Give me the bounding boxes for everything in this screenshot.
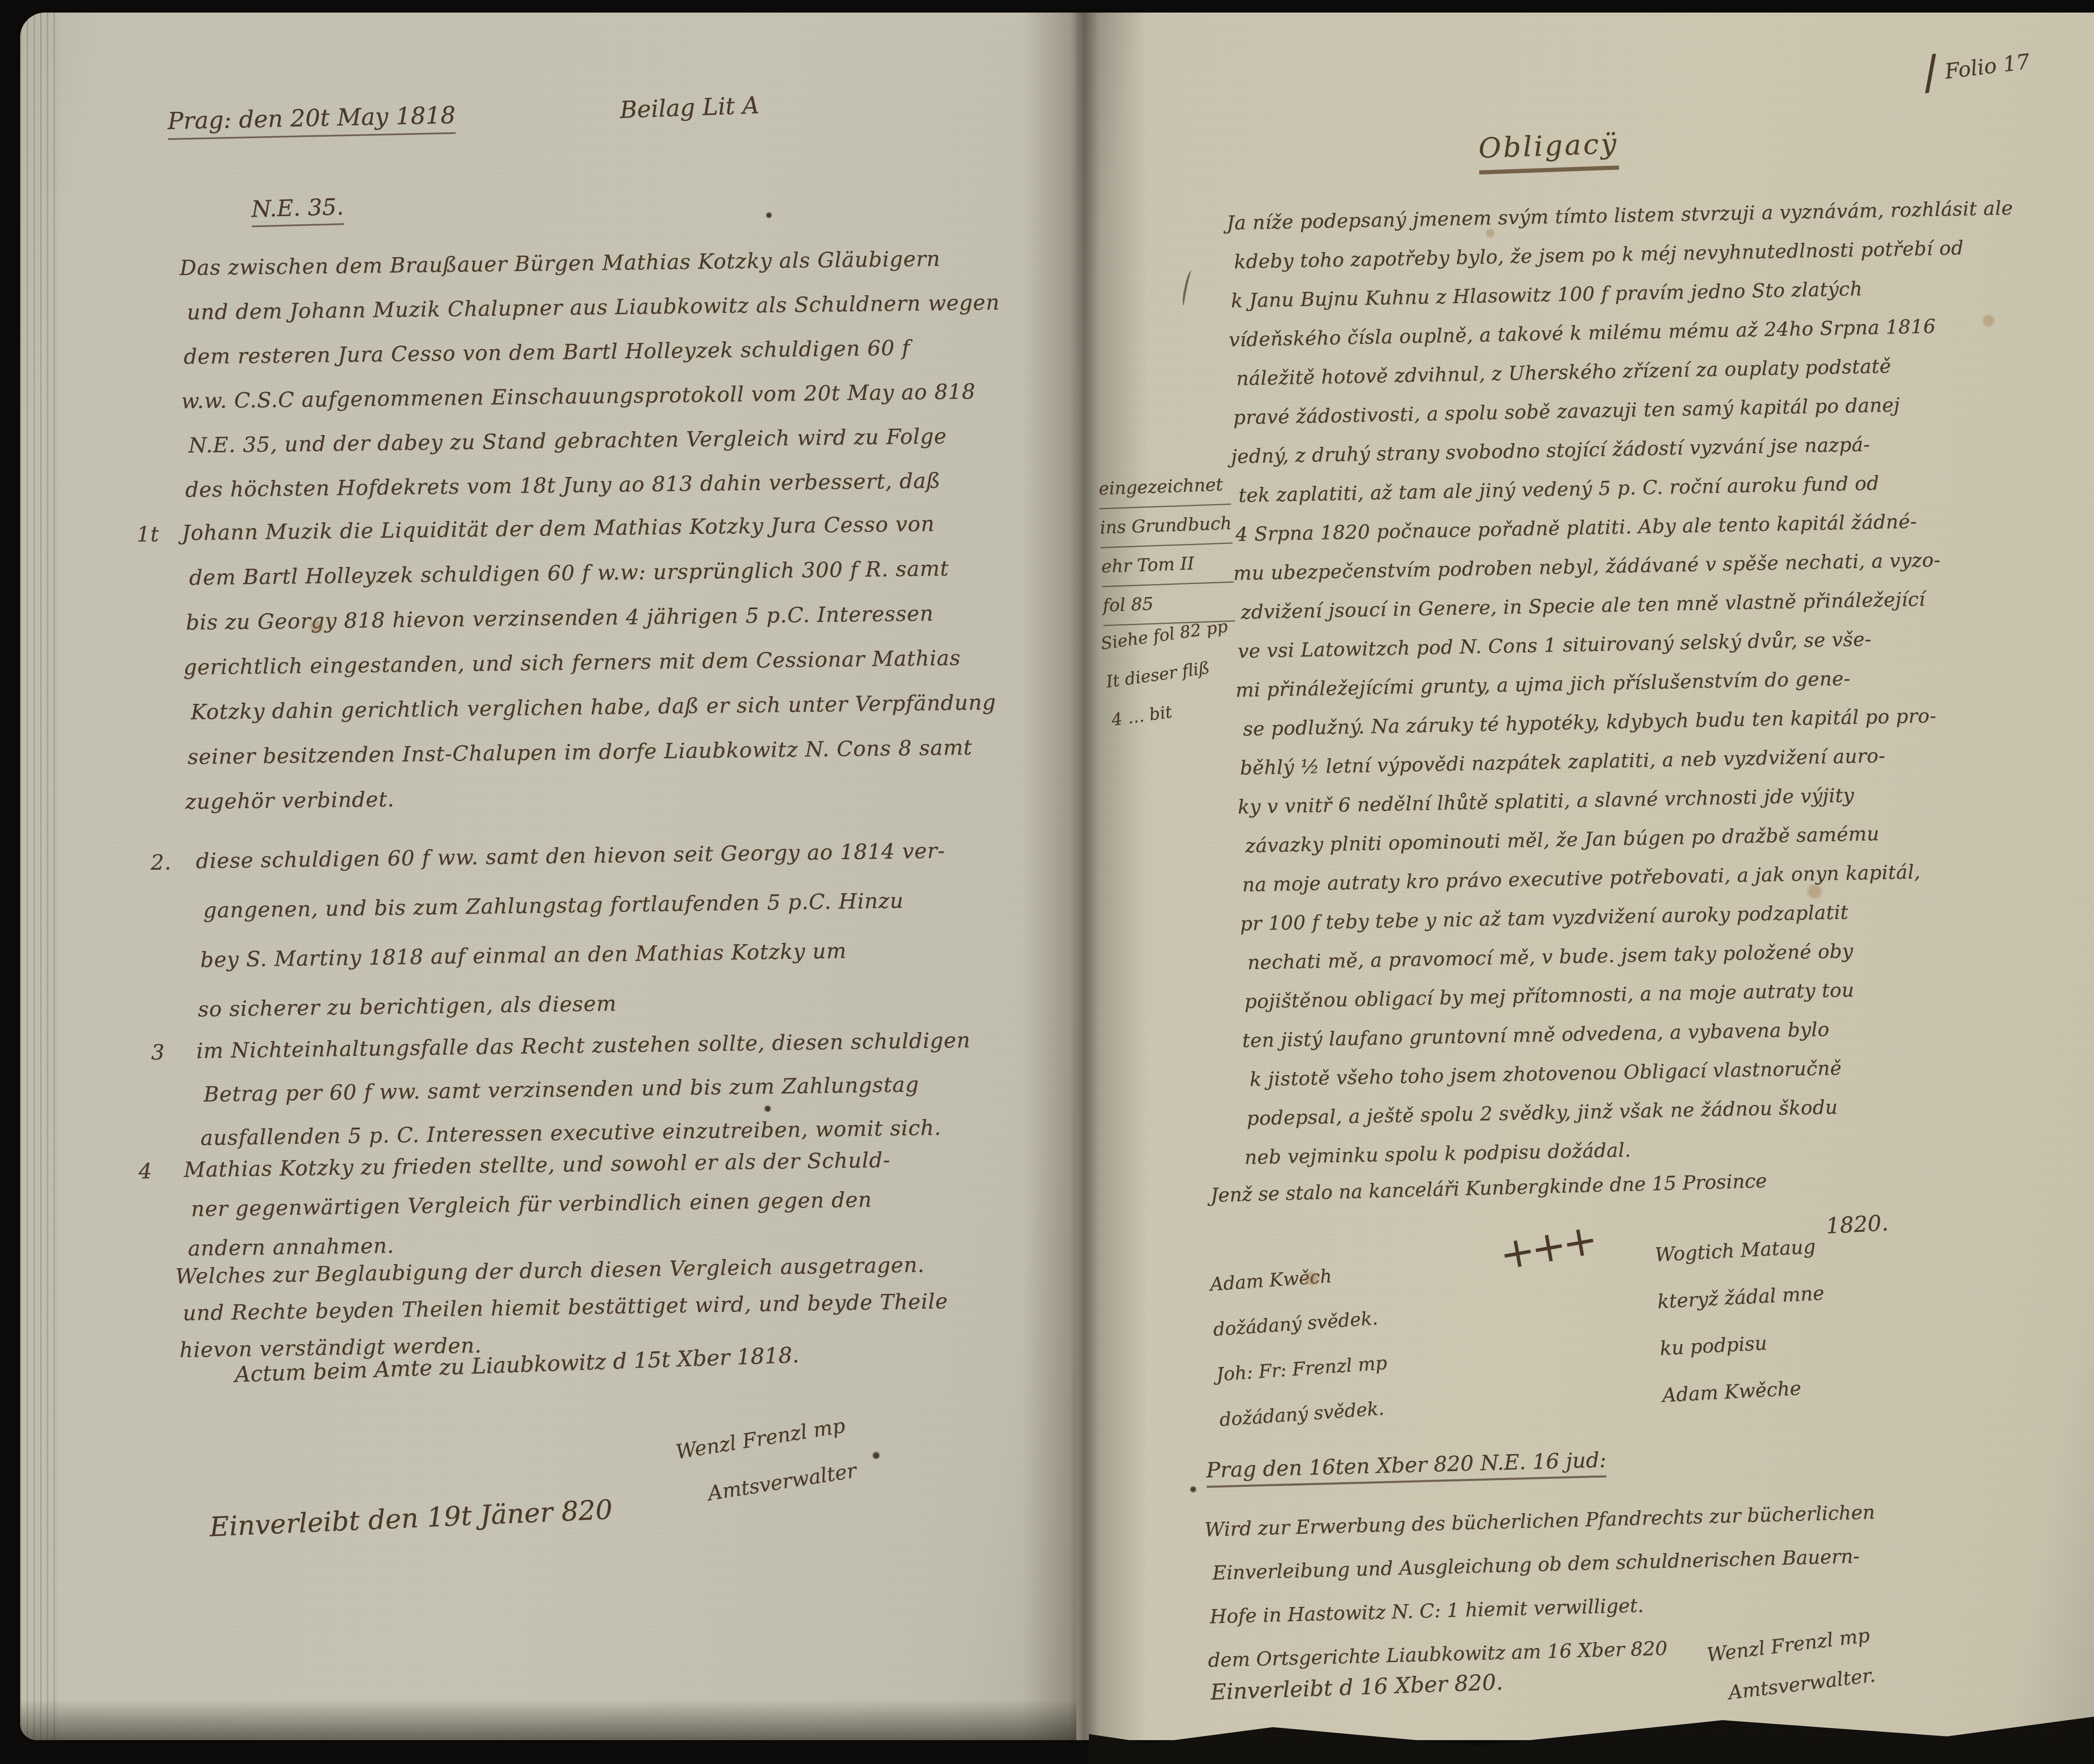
margin-note-reference: Siehe fol 82 ppIt dieser fliß4 … bit [1098, 607, 1241, 739]
page-edge-stack [20, 13, 59, 1740]
intro-paragraph: Das zwischen dem Braußauer Bürgen Mathia… [179, 236, 1002, 512]
margin-note-line: ins Grundbuch [1099, 505, 1233, 549]
item-number: 1t [137, 512, 160, 557]
manuscript-line: bey S. Martiny 1818 auf einmal an den Ma… [200, 925, 947, 985]
bottom-shadow [20, 1700, 1076, 1740]
margin-note-line: ehr Tom II [1101, 544, 1234, 587]
obligation-heading: Obligacÿ [1478, 127, 1619, 165]
item-number: 2. [150, 837, 172, 887]
margin-note-line: eingezeichnet [1098, 466, 1231, 510]
manuscript-scan: Prag: den 20t May 1818 Beilag Lit A N.E.… [0, 0, 2094, 1764]
attachment-label: Beilag Lit A [619, 92, 760, 124]
item-number: 4 [138, 1151, 152, 1191]
obligation-body: Ja níže podepsaný jmenem svým tímto list… [1226, 188, 2031, 1177]
final-clause-year: 1820. [1826, 1210, 1889, 1239]
witness-column-right: Wogtich Mataugkteryž žádal mneku podpisu… [1654, 1223, 1831, 1419]
witness-column-left: Adam Kwěchdožádaný svědek.Joh: Fr: Frenz… [1208, 1250, 1392, 1442]
witness-line: Wogtich Mataug [1654, 1223, 1823, 1278]
header-place-date: Prag: den 20t May 1818 [167, 102, 456, 135]
item-number: 3 [151, 1030, 165, 1074]
agreement-item-2: 2. diese schuldigen 60 f ww. samt den hi… [196, 826, 948, 1034]
witness-line: ku podpisu [1658, 1316, 1828, 1372]
margin-note-grundbuch: eingezeichnetins Grundbuchehr Tom IIfol … [1098, 466, 1235, 626]
closing-paragraph: Welches zur Beglaubigung der durch diese… [175, 1246, 949, 1369]
witness-line: Adam Kwěche [1661, 1363, 1830, 1419]
document-number: N.E. 35. [251, 193, 344, 222]
witness-line: kteryž žádal mne [1656, 1270, 1825, 1325]
agreement-item-3: 3 im Nichteinhaltungsfalle das Recht zus… [196, 1018, 972, 1160]
agreement-item-1: 1t Johann Muzik die Liquidität der dem M… [181, 501, 997, 824]
